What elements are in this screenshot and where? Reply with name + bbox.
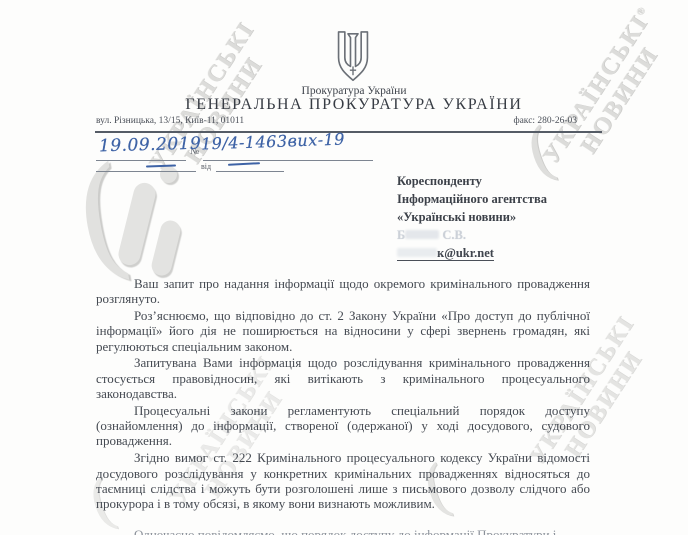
letterhead-contact-row: вул. Різницька, 13/15, Київ-11, 01011 фа…	[96, 116, 577, 126]
handwritten-dash	[228, 162, 260, 166]
recipient-email-redacted: к@ukr.net	[397, 244, 547, 262]
ukraine-trident-emblem-icon	[334, 30, 372, 84]
body-paragraph-1: Ваш запит про надання інформації щодо ок…	[96, 276, 590, 307]
recipient-org-line1: Інформаційного агентства	[397, 190, 547, 208]
recipient-block: Кореспонденту Інформаційного агентства «…	[397, 172, 547, 262]
handwritten-date: 19.09.2019	[99, 134, 202, 157]
redaction-blur	[405, 230, 439, 239]
body-paragraph-3: Запитувана Вами інформація щодо розсліду…	[96, 355, 590, 401]
letter-content: Прокуратура України ГЕНЕРАЛЬНА ПРОКУРАТУ…	[0, 0, 688, 535]
agency-title: ГЕНЕРАЛЬНА ПРОКУРАТУРА УКРАЇНИ	[96, 96, 612, 114]
handwritten-dash	[146, 164, 176, 167]
body-paragraph-4: Процесуальні закони регламентують спеціа…	[96, 403, 590, 449]
letterhead-divider	[95, 131, 602, 133]
email-suffix: к@ukr.net	[437, 246, 494, 260]
redaction-blur	[397, 248, 437, 257]
clipped-bottom-line: Одночасно повідомляємо, що порядок досту…	[96, 527, 590, 535]
body-paragraph-5: Згідно вимог ст. 222 Кримінального проце…	[96, 450, 590, 511]
scanned-letter-page: УКРАЇНСЬКІ НОВИНИ УКРАЇНСЬКІ® НОВИНИ УКР…	[0, 0, 688, 535]
recipient-org-line2: «Українські новини»	[397, 208, 547, 226]
reply-date-underline	[216, 170, 284, 172]
reply-ref-underline	[96, 170, 196, 172]
from-label: від	[201, 162, 211, 171]
recipient-role: Кореспонденту	[397, 172, 547, 190]
agency-address: вул. Різницька, 13/15, Київ-11, 01011	[96, 116, 244, 126]
agency-fax: факс: 280-26-03	[513, 116, 577, 126]
recipient-name-redacted: Б С.В.	[397, 226, 547, 244]
number-underline	[203, 159, 373, 161]
letter-body: Ваш запит про надання інформації щодо ок…	[96, 276, 590, 513]
body-paragraph-2: Роз’яснюємо, що відповідно до ст. 2 Зако…	[96, 308, 590, 354]
handwritten-ref-number: 19/4-1463вих-19	[201, 129, 346, 153]
date-underline	[96, 159, 186, 161]
